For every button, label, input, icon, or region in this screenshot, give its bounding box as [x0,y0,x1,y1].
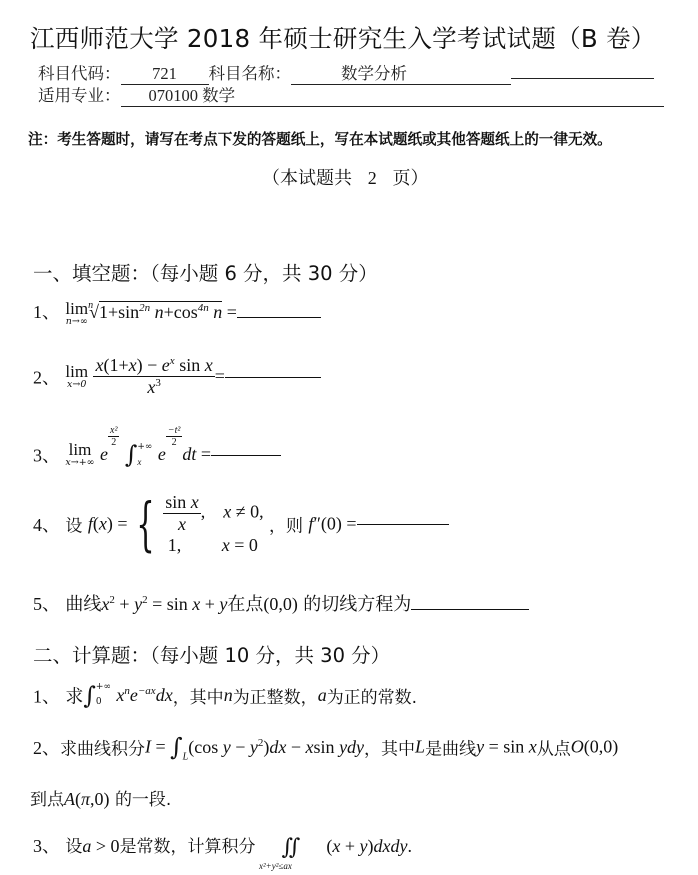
question-number: 2、 [33,368,60,388]
piecewise-cases: sin xx, x ≠ 0, 1, x = 0 [163,492,263,556]
question-number: 4、 [33,515,60,535]
answer-blank [211,454,281,456]
exponent-fraction: −t²2 [166,425,183,448]
exam-title: 江西师范大学 2018 年硕士研究生入学考试试题（B 卷） [30,20,656,55]
question-number: 3、 [33,446,60,466]
question-number: 1、 [33,302,60,322]
major-text: 070100 数学 [149,86,236,105]
label-let: 设 [65,837,82,857]
integral-sign: ∫ [125,441,138,469]
label-where: ，其中 [364,740,415,760]
section-2-heading: 二、计算题：（每小题 10 分，共 30 分） [33,640,390,668]
label-curve: 曲线 [65,594,101,615]
calc-question-3: 3、 设a > 0是常数，计算积分 ∬x²+y²≤ax (x + y)dxdy. [33,832,412,860]
label-is-curve: 是曲线 [425,740,476,760]
label-where: ，其中 [173,688,224,708]
integral-sign: ∫ [83,681,96,709]
subject-name-underline-ext [511,78,654,79]
section-1-heading: 一、填空题：（每小题 6 分，共 30 分） [33,258,378,286]
page-count-prefix: （本试题共 [262,168,352,189]
integral-limits: +∞0 [96,680,111,711]
page-count-number: 2 [368,168,377,188]
fill-question-4: 4、 设 f(x) = { sin xx, x ≠ 0, 1, x = 0 ，则… [33,492,449,556]
question-number: 3、 [33,836,60,856]
question-number: 2、 [33,738,60,758]
major-row: 适用专业：070100 数学 [38,82,664,107]
exponent-fraction: x²2 [108,425,119,448]
integral-limits: +∞x [137,440,152,469]
limit-operator: limn→∞ [65,300,88,327]
calc-question-1: 1、 求∫+∞0 xne−axdx，其中n为正整数，a为正的常数. [33,680,417,711]
exam-note: 注：考生答题时，请写在考点下发的答题纸上，写在本试题纸或其他答题纸上的一律无效。 [28,128,612,149]
major-label: 适用专业： [38,86,121,105]
limit-operator: limx→0 [65,363,88,390]
question-number: 1、 [33,686,60,706]
calc-question-2: 2、求曲线积分I = ∫L(cos y − y2)dx − xsin ydy，其… [33,733,618,763]
page-count-suffix: 页） [392,168,428,189]
limit-operator: limx→+∞ [65,441,94,468]
label-a-positive-const: 为正的常数. [327,688,417,708]
fill-question-1: 1、 limn→∞n√1+sin2n n+cos4n n = [33,298,321,327]
answer-blank [411,608,529,610]
label-n-positive-int: 为正整数， [233,688,318,708]
label-compute-integral: 是常数，计算积分 [120,837,256,857]
answer-blank [225,376,321,378]
integral-region: x²+y²≤ax [259,861,292,871]
formula-fraction: x(1+x) − ex sin xx3 [93,355,214,398]
fill-question-3: 3、 limx→+∞ ex²2 ∫+∞x e−t²2dt = [33,425,281,469]
brace: { [136,495,154,553]
label-line-integral: 求曲线积分 [60,740,145,760]
fill-question-2: 2、 limx→0 x(1+x) − ex sin xx3= [33,355,321,398]
answer-blank [237,316,321,318]
major-value: 070100 数学 [121,82,664,107]
calc-question-2-cont: 到点A(π,0) 的一段. [30,785,171,810]
fill-question-5: 5、 曲线x2 + y2 = sin x + y在点(0,0) 的切线方程为 [33,590,529,616]
label-then: ，则 [269,517,303,537]
page-count: （本试题共 2 页） [262,164,428,190]
subject-name-label: 科目名称： [209,64,292,83]
subject-code-label: 科目代码： [38,64,121,83]
label-tangent: 的切线方程为 [303,594,411,615]
answer-blank [357,523,449,525]
integral-sign: ∫ [170,733,183,761]
label-at-point: 在点 [227,594,263,615]
subject-name-text: 数学分析 [341,64,407,83]
double-integral: ∬x²+y²≤ax [261,835,321,860]
question-number: 5、 [33,594,60,614]
label-let: 设 [65,517,82,537]
label-find: 求 [65,686,83,707]
label-segment: 的一段. [115,790,171,810]
formula: n√1+sin2n n+cos4n n = [88,302,237,322]
label-from-point: 从点 [537,740,571,760]
label-to-point: 到点 [30,790,64,810]
